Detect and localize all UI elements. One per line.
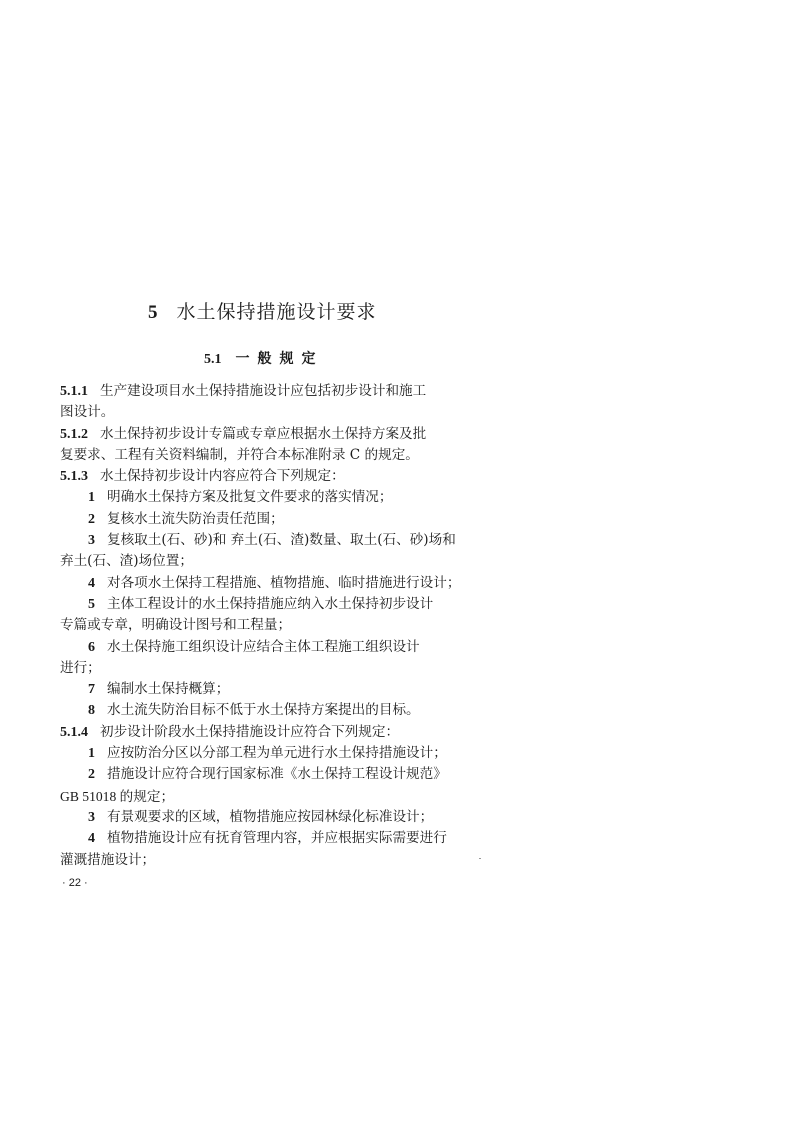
item-number: 2 bbox=[88, 767, 95, 782]
clause-number: 5.1.2 bbox=[60, 427, 88, 442]
document-page: 5水土保持措施设计要求 5.1一般规定 5.1.1生产建设项目水土保持措施设计应… bbox=[0, 0, 793, 1122]
continuation-line: GB 51018 的规定； bbox=[60, 786, 455, 807]
item-number: 7 bbox=[88, 682, 95, 697]
chapter-heading: 5水土保持措施设计要求 bbox=[148, 297, 377, 324]
line-text: 复要求、工程有关资料编制，并符合本标准附录 C 的规定。 bbox=[60, 447, 419, 463]
list-item: 3有景观要求的区域，植物措施应按园林绿化标准设计； bbox=[60, 807, 455, 828]
section-heading: 5.1一般规定 bbox=[204, 348, 324, 368]
clause-line: 5.1.4初步设计阶段水土保持措施设计应符合下列规定： bbox=[60, 722, 455, 743]
clause-number: 5.1.3 bbox=[60, 469, 88, 484]
list-item: 1应按防治分区以分部工程为单元进行水土保持措施设计； bbox=[60, 743, 455, 764]
clause-text: 生产建设项目水土保持措施设计应包括初步设计和施工 bbox=[100, 383, 426, 399]
list-item: 8水土流失防治目标不低于水土保持方案提出的目标。 bbox=[60, 700, 455, 721]
item-number: 2 bbox=[88, 512, 95, 527]
page-number: · 22 · bbox=[62, 877, 88, 889]
item-text: 明确水土保持方案及批复文件要求的落实情况； bbox=[107, 489, 392, 505]
list-item: 1明确水土保持方案及批复文件要求的落实情况； bbox=[60, 487, 455, 508]
clause-text: 水土保持初步设计专篇或专章应根据水土保持方案及批 bbox=[100, 426, 426, 442]
item-number: 3 bbox=[88, 533, 95, 548]
item-text: 对各项水土保持工程措施、植物措施、临时措施进行设计； bbox=[107, 575, 460, 591]
line-text: 图设计。 bbox=[60, 404, 114, 420]
item-text: 有景观要求的区域，植物措施应按园林绿化标准设计； bbox=[107, 809, 433, 825]
list-item: 4对各项水土保持工程措施、植物措施、临时措施进行设计； bbox=[60, 573, 455, 594]
continuation-line: 进行； bbox=[60, 658, 455, 679]
clause-line: 5.1.3水土保持初步设计内容应符合下列规定： bbox=[60, 466, 455, 487]
chapter-number: 5 bbox=[148, 302, 159, 323]
line-text: 进行； bbox=[60, 660, 101, 676]
continuation-line: 灌溉措施设计； bbox=[60, 850, 455, 871]
chapter-title-text: 水土保持措施设计要求 bbox=[177, 301, 377, 323]
item-number: 1 bbox=[88, 746, 95, 761]
list-item: 7编制水土保持概算； bbox=[60, 679, 455, 700]
item-number: 6 bbox=[88, 640, 95, 655]
list-item: 6水土保持施工组织设计应结合主体工程施工组织设计 bbox=[60, 637, 455, 658]
list-item: 2复核水土流失防治责任范围； bbox=[60, 509, 455, 530]
line-text: 灌溉措施设计； bbox=[60, 852, 155, 868]
item-number: 8 bbox=[88, 703, 95, 718]
item-text: 复核水土流失防治责任范围； bbox=[107, 511, 284, 527]
list-item: 5主体工程设计的水土保持措施应纳入水土保持初步设计 bbox=[60, 594, 455, 615]
clause-line: 5.1.1生产建设项目水土保持措施设计应包括初步设计和施工 bbox=[60, 381, 455, 402]
list-item: 2措施设计应符合现行国家标准《水土保持工程设计规范》 bbox=[60, 764, 455, 785]
item-number: 5 bbox=[88, 597, 95, 612]
list-item: 4植物措施设计应有抚育管理内容，并应根据实际需要进行 bbox=[60, 828, 455, 849]
scan-speck bbox=[479, 858, 481, 859]
item-number: 1 bbox=[88, 490, 95, 505]
body-text: 5.1.1生产建设项目水土保持措施设计应包括初步设计和施工 图设计。 5.1.2… bbox=[60, 381, 455, 871]
item-text: 措施设计应符合现行国家标准《水土保持工程设计规范》 bbox=[107, 766, 447, 782]
continuation-line: 图设计。 bbox=[60, 402, 455, 423]
item-text: 复核取土(石、砂)和 弃土(石、渣)数量、取土(石、砂)场和 bbox=[107, 532, 456, 548]
item-number: 3 bbox=[88, 810, 95, 825]
line-text: 专篇或专章，明确设计图号和工程量； bbox=[60, 617, 291, 633]
item-text: 水土流失防治目标不低于水土保持方案提出的目标。 bbox=[107, 702, 420, 718]
item-number: 4 bbox=[88, 831, 95, 846]
item-text: 应按防治分区以分部工程为单元进行水土保持措施设计； bbox=[107, 745, 447, 761]
line-text: 弃土(石、渣)场位置； bbox=[60, 553, 193, 569]
clause-text: 初步设计阶段水土保持措施设计应符合下列规定： bbox=[100, 724, 399, 740]
clause-text: 水土保持初步设计内容应符合下列规定： bbox=[100, 468, 345, 484]
clause-line: 5.1.2水土保持初步设计专篇或专章应根据水土保持方案及批 bbox=[60, 424, 455, 445]
item-text: 植物措施设计应有抚育管理内容，并应根据实际需要进行 bbox=[107, 830, 447, 846]
list-item: 3复核取土(石、砂)和 弃土(石、渣)数量、取土(石、砂)场和 bbox=[60, 530, 455, 551]
continuation-line: 专篇或专章，明确设计图号和工程量； bbox=[60, 615, 455, 636]
clause-number: 5.1.1 bbox=[60, 384, 88, 399]
section-number: 5.1 bbox=[204, 352, 222, 367]
item-text: 主体工程设计的水土保持措施应纳入水土保持初步设计 bbox=[107, 596, 433, 612]
section-title-text: 一般规定 bbox=[236, 351, 324, 367]
continuation-line: 弃土(石、渣)场位置； bbox=[60, 551, 455, 572]
item-text: 编制水土保持概算； bbox=[107, 681, 229, 697]
clause-number: 5.1.4 bbox=[60, 725, 88, 740]
continuation-line: 复要求、工程有关资料编制，并符合本标准附录 C 的规定。 bbox=[60, 445, 455, 466]
item-number: 4 bbox=[88, 576, 95, 591]
item-text: 水土保持施工组织设计应结合主体工程施工组织设计 bbox=[107, 639, 420, 655]
line-text: GB 51018 的规定； bbox=[60, 789, 174, 804]
